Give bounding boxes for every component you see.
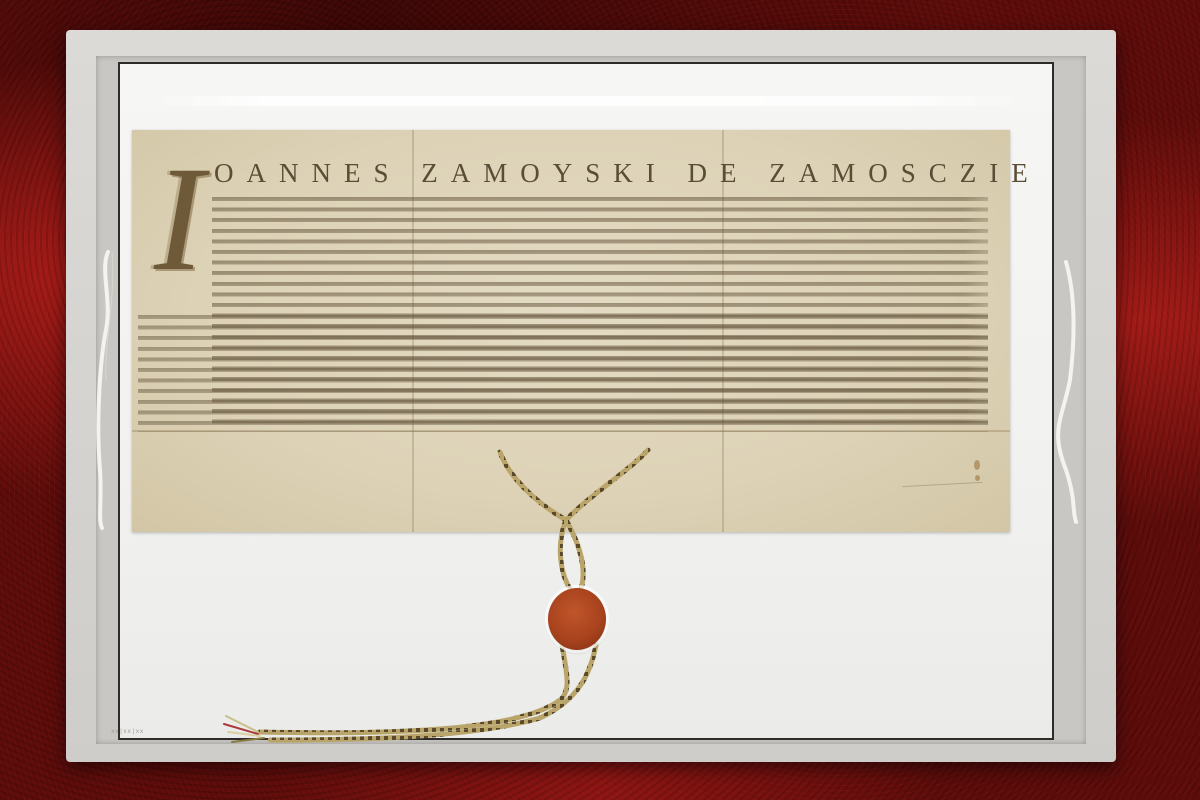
archive-label: xx|xx|xx xyxy=(111,728,144,735)
seal-cord xyxy=(0,0,1200,800)
wax-seal xyxy=(548,588,606,650)
